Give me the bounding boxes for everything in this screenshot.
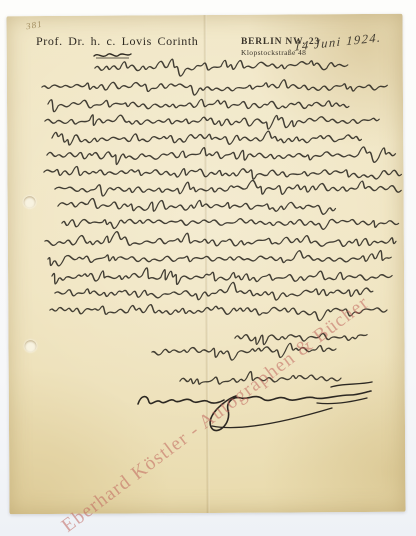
letterhead-name: Prof. Dr. h. c. Lovis Corinth: [36, 34, 206, 49]
punch-hole: [24, 196, 36, 208]
scanned-letter: 381 Prof. Dr. h. c. Lovis Corinth BERLIN…: [0, 0, 416, 536]
punch-hole: [24, 340, 36, 352]
fold-crease: [203, 15, 209, 513]
letter-paper: [6, 14, 405, 514]
